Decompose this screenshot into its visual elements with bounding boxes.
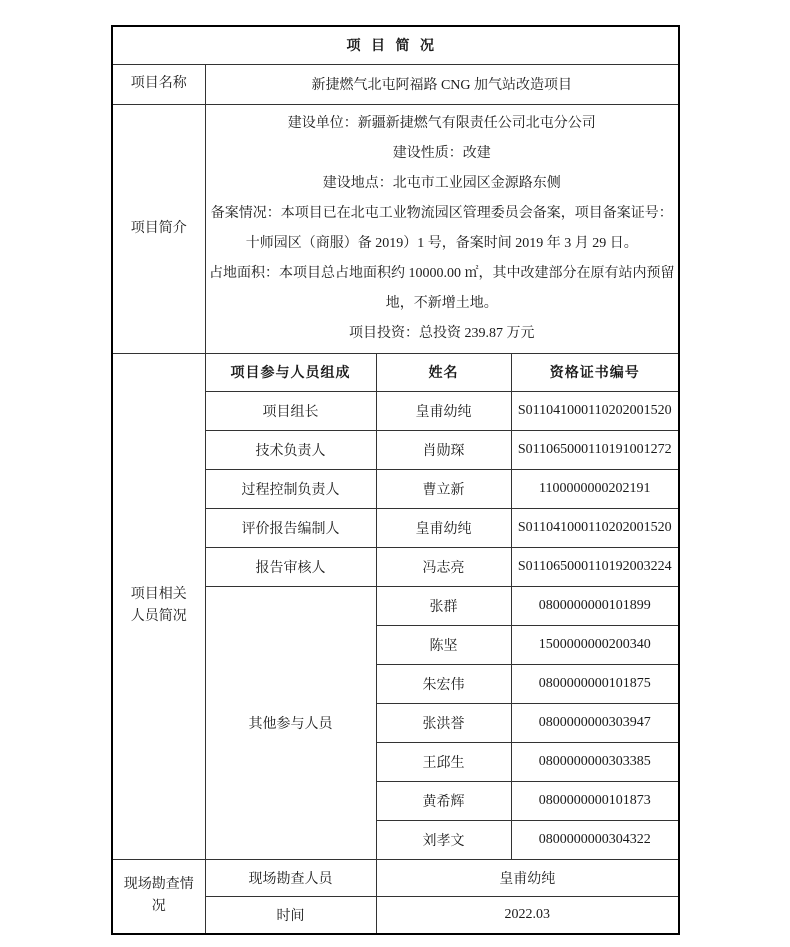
name-cell: 黄希辉 — [376, 781, 511, 820]
cert-cell: S011041000110202001520 — [511, 391, 679, 430]
project-brief-row: 项目简介 建设单位：新疆新捷燃气有限责任公司北屯分公司 建设性质：改建 建设地点… — [112, 104, 679, 353]
brief-line-filing-number: 十师园区（商服）备 2019）1 号，备案时间 2019 年 3 月 29 日。 — [206, 229, 679, 259]
brief-line-construction-nature: 建设性质：改建 — [206, 139, 679, 169]
site-survey-label: 现场勘查情 况 — [112, 859, 205, 934]
project-brief-label: 项目简介 — [112, 104, 205, 353]
cert-cell: 0800000000303385 — [511, 742, 679, 781]
name-cell: 肖勋琛 — [376, 430, 511, 469]
brief-line-filing-status: 备案情况：本项目已在北屯工业物流园区管理委员会备案，项目备案证号： — [206, 199, 679, 229]
cert-cell: S011041000110202001520 — [511, 508, 679, 547]
survey-time-value: 2022.03 — [376, 896, 679, 934]
role-cell: 过程控制负责人 — [205, 469, 376, 508]
role-cell: 报告审核人 — [205, 547, 376, 586]
header-certificate-no: 资格证书编号 — [511, 353, 679, 391]
name-cell: 刘孝文 — [376, 820, 511, 859]
personnel-section-label: 项目相关 人员简况 — [112, 353, 205, 859]
personnel-header-row: 项目相关 人员简况 项目参与人员组成 姓名 资格证书编号 — [112, 353, 679, 391]
survey-time-label: 时间 — [205, 896, 376, 934]
project-name-value: 新捷燃气北屯阿福路 CNG 加气站改造项目 — [205, 64, 679, 104]
page-title: 项目简况 — [112, 26, 679, 64]
cert-cell: S011065000110191001272 — [511, 430, 679, 469]
brief-line-land-area: 占地面积：本项目总占地面积约 10000.00 ㎡，其中改建部分在原有站内预留 — [206, 259, 679, 289]
cert-cell: 1100000000202191 — [511, 469, 679, 508]
survey-personnel-value: 皇甫幼纯 — [376, 859, 679, 896]
site-survey-row: 现场勘查情 况 现场勘查人员 皇甫幼纯 — [112, 859, 679, 896]
brief-line-investment: 项目投资：总投资 239.87 万元 — [206, 319, 679, 349]
survey-personnel-label: 现场勘查人员 — [205, 859, 376, 896]
project-brief-content: 建设单位：新疆新捷燃气有限责任公司北屯分公司 建设性质：改建 建设地点：北屯市工… — [205, 104, 679, 353]
name-cell: 朱宏伟 — [376, 664, 511, 703]
cert-cell: 0800000000303947 — [511, 703, 679, 742]
name-cell: 张群 — [376, 586, 511, 625]
name-cell: 王邱生 — [376, 742, 511, 781]
cert-cell: S011065000110192003224 — [511, 547, 679, 586]
cert-cell: 0800000000101899 — [511, 586, 679, 625]
name-cell: 陈坚 — [376, 625, 511, 664]
brief-line-construction-unit: 建设单位：新疆新捷燃气有限责任公司北屯分公司 — [206, 109, 679, 139]
name-cell: 皇甫幼纯 — [376, 508, 511, 547]
brief-line-construction-site: 建设地点：北屯市工业园区金源路东侧 — [206, 169, 679, 199]
role-cell: 评价报告编制人 — [205, 508, 376, 547]
cert-cell: 1500000000200340 — [511, 625, 679, 664]
project-name-row: 项目名称 新捷燃气北屯阿福路 CNG 加气站改造项目 — [112, 64, 679, 104]
project-name-label: 项目名称 — [112, 64, 205, 104]
name-cell: 皇甫幼纯 — [376, 391, 511, 430]
header-name: 姓名 — [376, 353, 511, 391]
role-cell: 技术负责人 — [205, 430, 376, 469]
name-cell: 冯志亮 — [376, 547, 511, 586]
title-row: 项目简况 — [112, 26, 679, 64]
name-cell: 张洪誉 — [376, 703, 511, 742]
cert-cell: 0800000000101873 — [511, 781, 679, 820]
name-cell: 曹立新 — [376, 469, 511, 508]
project-overview-table: 项目简况 项目名称 新捷燃气北屯阿福路 CNG 加气站改造项目 项目简介 建设单… — [111, 25, 680, 935]
header-composition: 项目参与人员组成 — [205, 353, 376, 391]
brief-line-land-area-cont: 地，不新增土地。 — [206, 289, 679, 319]
cert-cell: 0800000000304322 — [511, 820, 679, 859]
role-cell: 项目组长 — [205, 391, 376, 430]
others-label: 其他参与人员 — [205, 586, 376, 859]
document-page: 项目简况 项目名称 新捷燃气北屯阿福路 CNG 加气站改造项目 项目简介 建设单… — [0, 0, 790, 947]
cert-cell: 0800000000101875 — [511, 664, 679, 703]
